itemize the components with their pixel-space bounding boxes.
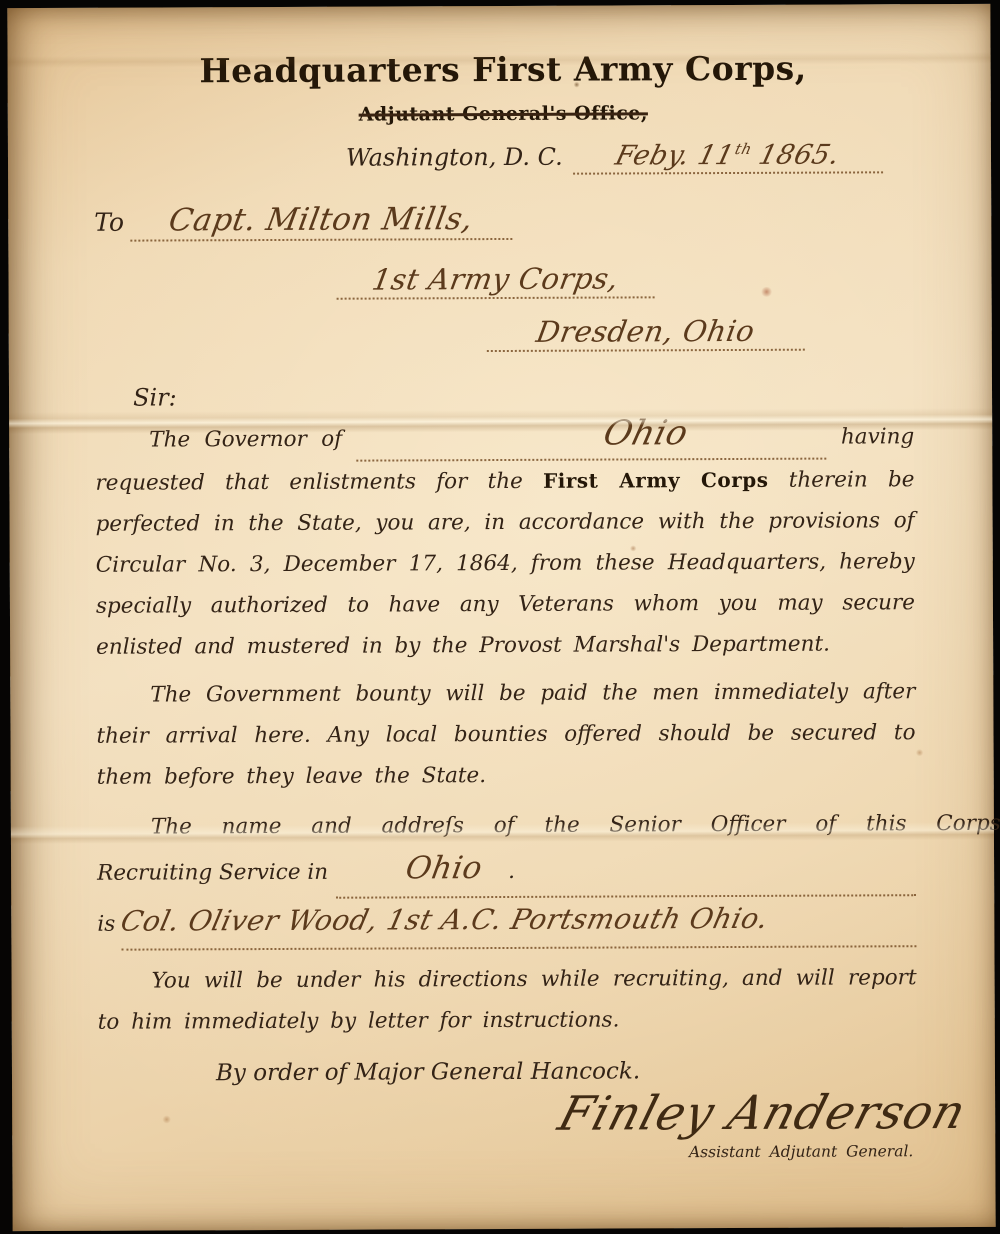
signature-block: Finley Anderson xyxy=(98,1085,965,1144)
handwritten-addressee-name: Capt. Milton Mills, xyxy=(166,201,476,238)
by-order-line: By order of Major General Hancock. xyxy=(216,1057,917,1086)
recruiting-service-label: Recruiting Service in xyxy=(97,851,328,896)
governor-state-fill-line: Ohio xyxy=(356,413,826,462)
dateline: Washington, D. C. Feby. 11th 1865. xyxy=(94,139,913,177)
unit-fill-line: 1st Army Corps, xyxy=(336,261,654,299)
addressee-unit-row: 1st Army Corps, xyxy=(336,260,913,300)
letter-content: Headquarters First Army Corps, Adjutant … xyxy=(7,4,995,1231)
paragraph-directions: You will be under his directions while r… xyxy=(97,957,916,1043)
p1-lead-text: The Governor of xyxy=(149,427,342,453)
letter-paper: Headquarters First Army Corps, Adjutant … xyxy=(7,4,995,1231)
is-label: is xyxy=(97,903,115,947)
handwritten-recruiting-state: Ohio xyxy=(402,846,486,890)
handwritten-signature: Finley Anderson xyxy=(553,1085,973,1142)
paragraph-senior-officer: The name and addreſs of the Senior Offic… xyxy=(97,803,917,951)
signer-title: Assistant Adjutant General. xyxy=(98,1142,913,1164)
recruiting-state-fill-line: Ohio. xyxy=(336,844,916,899)
place-fill-line: Dresden, Ohio xyxy=(487,314,805,352)
handwritten-officer: Col. Oliver Wood, 1st A.C. Portsmouth Oh… xyxy=(116,897,772,944)
letterhead-title: Headquarters First Army Corps, xyxy=(94,48,913,92)
paragraph-authorization: The Governor of Ohio having requested th… xyxy=(95,412,915,668)
p3-line1-text: The name and addreſs of the Senior Offic… xyxy=(97,803,916,848)
officer-fill-line: Col. Oliver Wood, 1st A.C. Portsmouth Oh… xyxy=(121,896,916,950)
salutation: Sir: xyxy=(133,380,914,411)
p3-officer-row: is Col. Oliver Wood, 1st A.C. Portsmouth… xyxy=(97,896,916,951)
p1-corps-name: First Army Corps xyxy=(543,468,769,493)
scanned-document: Headquarters First Army Corps, Adjutant … xyxy=(0,0,1000,1234)
printed-period: . xyxy=(508,859,515,884)
handwritten-place: Dresden, Ohio xyxy=(534,314,758,349)
p1-rest-text: therein be perfected in the State, you a… xyxy=(96,467,915,660)
handwritten-state: Ohio xyxy=(545,413,692,455)
addressee-place-row: Dresden, Ohio xyxy=(487,313,914,352)
addressee-fill-line: Capt. Milton Mills, xyxy=(130,201,512,242)
p3-recruiting-service-row: Recruiting Service in Ohio. xyxy=(97,844,916,900)
date-fill-line: Feby. 11th 1865. xyxy=(573,139,883,174)
place-label: Washington, D. C. xyxy=(346,143,563,172)
handwritten-date: Feby. 11th 1865. xyxy=(612,140,843,172)
addressee-row: To Capt. Milton Mills, xyxy=(94,199,913,242)
office-line-struck-out: Adjutant General's Office, xyxy=(94,101,913,127)
paragraph-bounty: The Government bounty will be paid the m… xyxy=(96,671,916,798)
to-label: To xyxy=(94,208,124,237)
handwritten-unit: 1st Army Corps, xyxy=(370,261,622,296)
